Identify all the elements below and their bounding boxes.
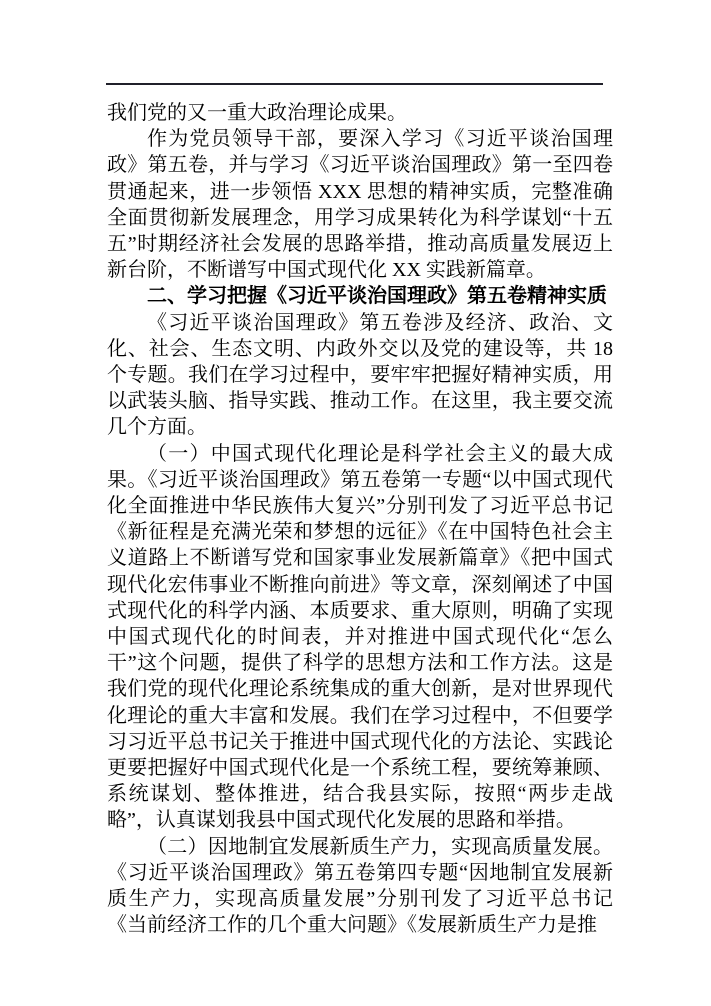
paragraph-continuation: 我们党的又一重大政治理论成果。 — [107, 100, 613, 126]
paragraph: 《习近平谈治国理政》第五卷涉及经济、政治、文化、社会、生态文明、内政外交以及党的… — [107, 310, 613, 441]
paragraph: 作为党员领导干部，要深入学习《习近平谈治国理政》第五卷，并与学习《习近平谈治国理… — [107, 126, 613, 283]
document-body: 我们党的又一重大政治理论成果。 作为党员领导干部，要深入学习《习近平谈治国理政》… — [107, 100, 613, 939]
paragraph: （一）中国式现代化理论是科学社会主义的最大成果。《习近平谈治国理政》第五卷第一专… — [107, 441, 613, 834]
header-divider-line — [106, 83, 603, 85]
document-page: 我们党的又一重大政治理论成果。 作为党员领导干部，要深入学习《习近平谈治国理政》… — [0, 0, 711, 1006]
section-heading: 二、学习把握《习近平谈治国理政》第五卷精神实质 — [107, 283, 613, 309]
paragraph: （二）因地制宜发展新质生产力，实现高质量发展。《习近平谈治国理政》第五卷第四专题… — [107, 834, 613, 939]
